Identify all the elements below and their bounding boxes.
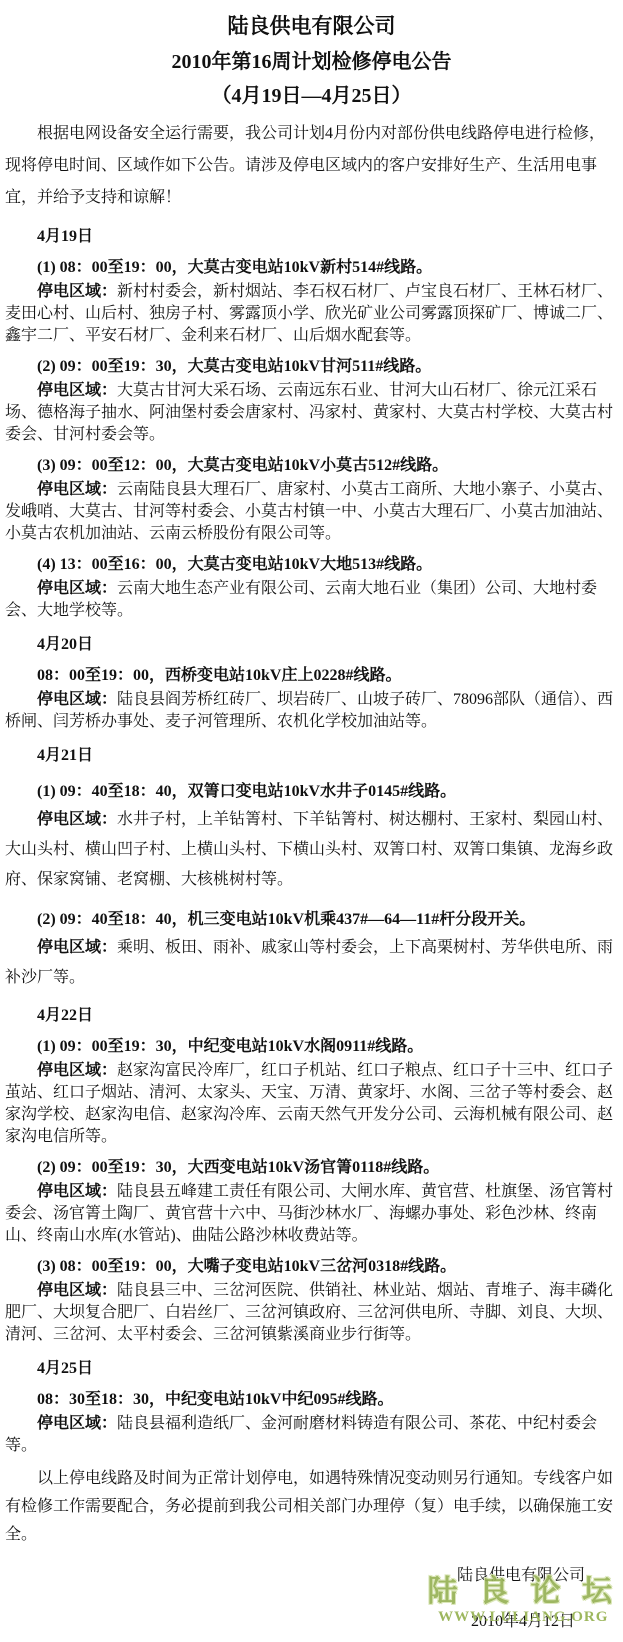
outage-schedule: (2) 09：00至19：30，大西变电站10kV汤官箐0118#线路。 [5,1157,618,1179]
area-label: 停电区域： [37,382,117,399]
outage-area: 停电区域：赵家沟富民冷库厂，红口子机站、红口子粮点、红口子十三中、红口子茧站、红… [5,1060,618,1148]
date-heading: 4月22日 [5,1005,618,1027]
area-label: 停电区域： [37,481,117,498]
outage-schedule: 08：00至19：00，西桥变电站10kV庄上0228#线路。 [5,665,618,687]
area-label: 停电区域： [37,1415,117,1432]
outage-schedule: (2) 09：00至19：30，大莫古变电站10kV甘河511#线路。 [5,356,618,378]
outage-area: 停电区域：水井子村，上羊钻箐村、下羊钻箐村、树达棚村、王家村、梨园山村、大山头村… [5,805,618,895]
day-section-apr22: 4月22日 (1) 09：00至19：30，中纪变电站10kV水阁0911#线路… [5,1005,618,1346]
area-label: 停电区域： [37,1183,117,1200]
outage-schedule: (3) 08：00至19：00，大嘴子变电站10kV三岔河0318#线路。 [5,1256,618,1278]
outage-area: 停电区域：云南大地生态产业有限公司、云南大地石业（集团）公司、大地村委会、大地学… [5,578,618,622]
outage-schedule: (3) 09：00至12：00，大莫古变电站10kV小莫古512#线路。 [5,455,618,477]
date-heading: 4月19日 [5,226,618,248]
area-label: 停电区域： [37,1282,117,1299]
outage-schedule: (1) 08：00至19：00，大莫古变电站10kV新村514#线路。 [5,257,618,279]
area-label: 停电区域： [37,580,117,597]
outage-area: 停电区域：陆良县福利造纸厂、金河耐磨材料铸造有限公司、茶花、中纪村委会等。 [5,1413,618,1457]
day-section-apr20: 4月20日 08：00至19：00，西桥变电站10kV庄上0228#线路。 停电… [5,634,618,733]
date-heading: 4月21日 [5,745,618,767]
day-section-apr21: 4月21日 (1) 09：40至18：40，双箐口变电站10kV水井子0145#… [5,745,618,993]
area-label: 停电区域： [37,811,117,828]
outage-schedule: (4) 13：00至16：00，大莫古变电站10kV大地513#线路。 [5,554,618,576]
day-section-apr25: 4月25日 08：30至18：30，中纪变电站10kV中纪095#线路。 停电区… [5,1358,618,1457]
outage-area: 停电区域：陆良县三中、三岔河医院、供销社、林业站、烟站、青堆子、海丰磷化肥厂、大… [5,1280,618,1346]
area-label: 停电区域： [37,691,117,708]
signature-company: 陆良供电有限公司 [457,1562,585,1585]
notice-document: 陆良供电有限公司 2010年第16周计划检修停电公告 （4月19日—4月25日）… [0,0,623,1642]
date-range-title: （4月19日—4月25日） [5,82,618,110]
area-label: 停电区域： [37,283,117,300]
date-heading: 4月25日 [5,1358,618,1380]
outage-area: 停电区域：乘明、板田、雨补、戚家山等村委会，上下高栗树村、芳华供电所、雨补沙厂等… [5,933,618,993]
closing-paragraph: 以上停电线路及时间为正常计划停电，如遇特殊情况变动则另行通知。专线客户如有检修工… [5,1465,618,1549]
outage-area: 停电区域：云南陆良县大理石厂、唐家村、小莫古工商所、大地小寨子、小莫古、发峨哨、… [5,479,618,545]
outage-area: 停电区域：新村村委会，新村烟站、李石权石材厂、卢宝良石材厂、王林石材厂、麦田心村… [5,281,618,347]
outage-area: 停电区域：大莫古甘河大采石场、云南远东石业、甘河大山石材厂、徐元江采石场、德格海… [5,380,618,446]
outage-area: 停电区域：陆良县阎芳桥红砖厂、坝岩砖厂、山坡子砖厂、78096部队（通信）、西桥… [5,689,618,733]
date-heading: 4月20日 [5,634,618,656]
intro-paragraph: 根据电网设备安全运行需要，我公司计划4月份内对部份供电线路停电进行检修，现将停电… [5,118,618,214]
signature-date: 2010年4月12日 [471,1608,575,1631]
outage-schedule: (1) 09：40至18：40，双箐口变电站10kV水井子0145#线路。 [5,781,618,803]
area-label: 停电区域： [37,939,117,956]
outage-schedule: 08：30至18：30，中纪变电站10kV中纪095#线路。 [5,1389,618,1411]
outage-area: 停电区域：陆良县五峰建工责任有限公司、大闸水库、黄官营、杜旗堡、汤官箐村委会、汤… [5,1181,618,1247]
day-section-apr19: 4月19日 (1) 08：00至19：00，大莫古变电站10kV新村514#线路… [5,226,618,622]
outage-schedule: (2) 09：40至18：40，机三变电站10kV机乘437#—64—11#杆分… [5,909,618,931]
notice-title: 2010年第16周计划检修停电公告 [5,48,618,76]
company-title: 陆良供电有限公司 [5,12,618,40]
area-label: 停电区域： [37,1062,117,1079]
outage-schedule: (1) 09：00至19：30，中纪变电站10kV水阁0911#线路。 [5,1036,618,1058]
